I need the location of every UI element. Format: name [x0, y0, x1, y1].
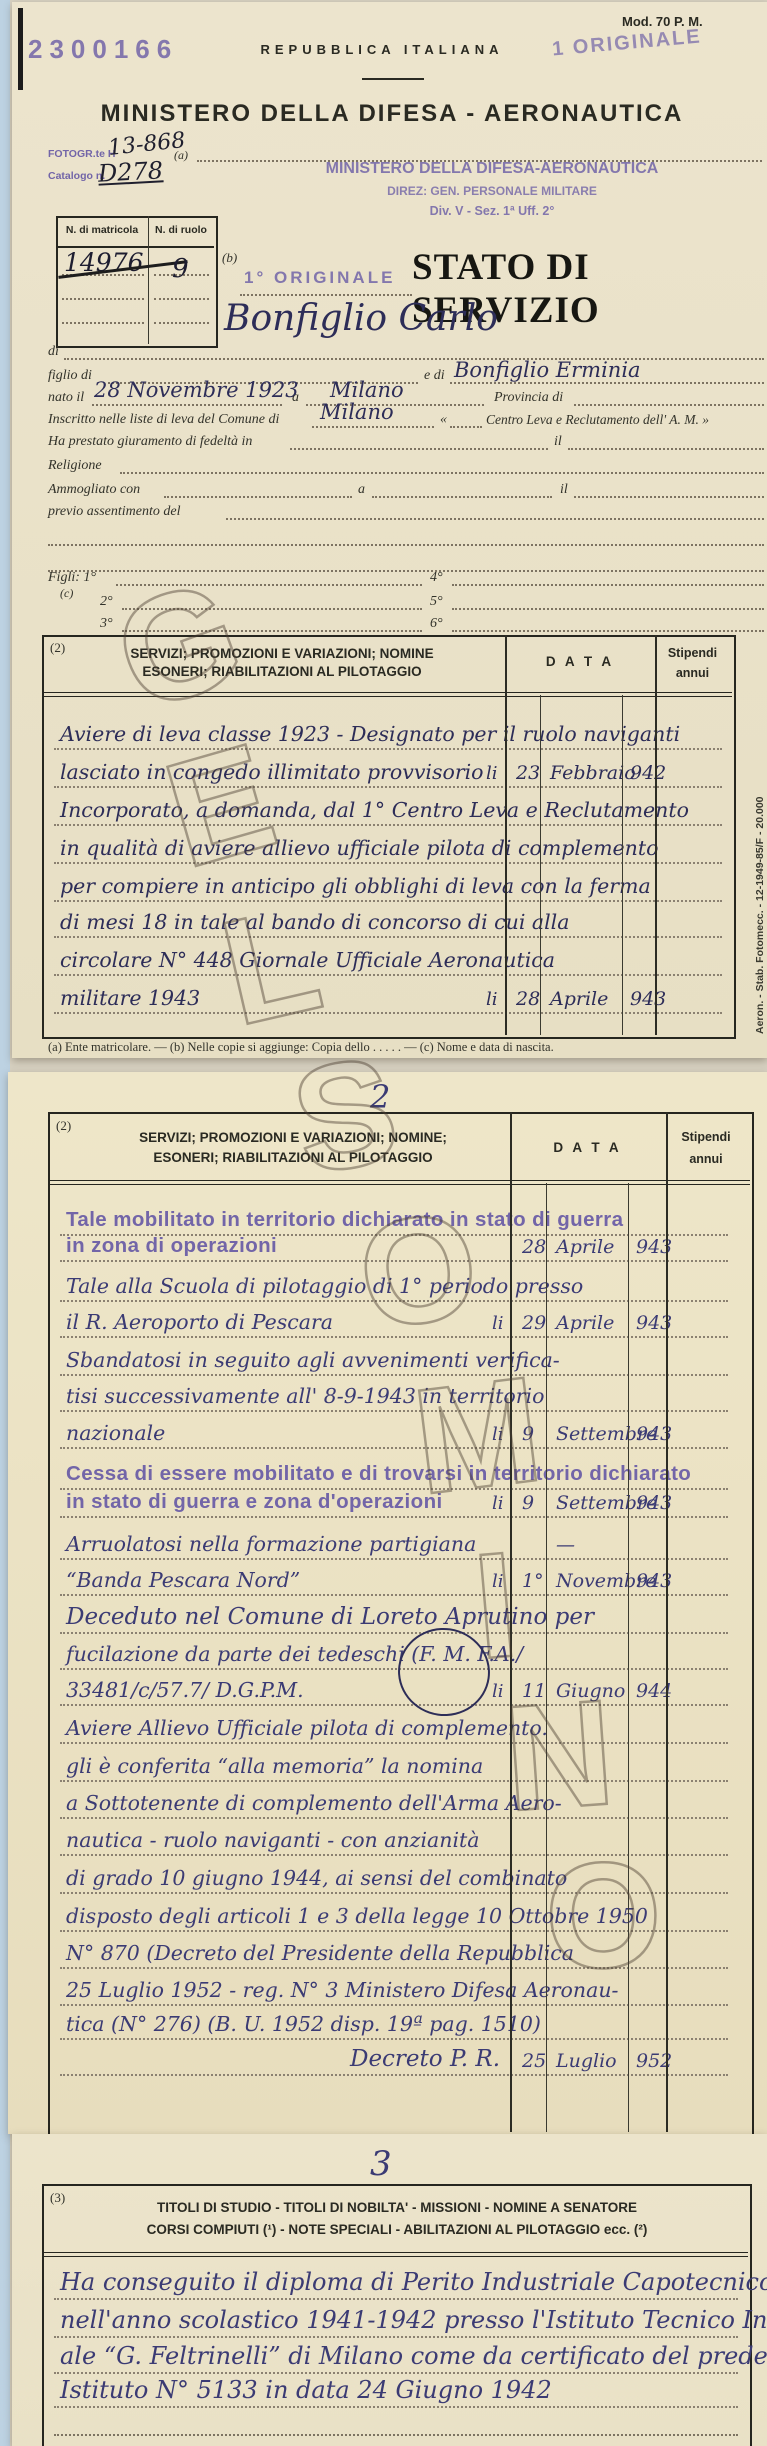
- entry-day: 23: [516, 762, 540, 784]
- matricola-col2-header: N. di ruolo: [150, 224, 212, 236]
- entry-day: 1°: [522, 1570, 544, 1592]
- section-2-label: (2): [50, 640, 65, 656]
- a-label: a: [292, 390, 299, 406]
- stamp-entry-text: in zona di operazioni: [66, 1234, 277, 1258]
- figli-label: Figli: 1°: [48, 570, 96, 586]
- entry-day: 29: [522, 1312, 546, 1334]
- entry-day: 25: [522, 2050, 546, 2072]
- entry-text: “Banda Pescara Nord”: [66, 1568, 300, 1592]
- birth-date: 28 Novembre 1923: [94, 378, 299, 402]
- entry-text: per compiere in anticipo gli obblighi di…: [60, 874, 651, 898]
- service-header-line1-p2: SERVIZI; PROMOZIONI E VARIAZIONI; NOMINE…: [78, 1130, 508, 1145]
- watermark-letter: N: [500, 1676, 619, 1833]
- centro-leva-label: Centro Leva e Reclutamento dell' A. M. »: [486, 412, 709, 428]
- entry-text: il R. Aeroporto di Pescara: [66, 1310, 333, 1334]
- data-header-p1: D A T A: [505, 654, 655, 669]
- stipendi-header1-p2: Stipendi: [666, 1130, 746, 1144]
- ammogliato-label: Ammogliato con: [48, 482, 140, 498]
- giuramento-label: Ha prestato giuramento di fedeltà in: [48, 434, 252, 450]
- provincia-label: Provincia di: [494, 390, 563, 406]
- entry-text: in qualità di aviere allievo ufficiale p…: [60, 836, 658, 860]
- entry-text: militare 1943: [60, 986, 200, 1010]
- quote-open: «: [440, 412, 447, 428]
- entry-text: gli è conferita “alla memoria” la nomina: [66, 1754, 483, 1778]
- entry-text: a Sottotenente di complemento dell'Arma …: [66, 1791, 562, 1815]
- printer-imprint: Aeron. - Stab. Fotomecc. - 12-1949-85/F …: [754, 796, 766, 1034]
- entry-text: ale “G. Feltrinelli” di Milano come da c…: [60, 2342, 767, 2370]
- note-a: (a): [174, 148, 188, 163]
- watermark-letter: M: [406, 1353, 548, 1517]
- entry-li: li: [486, 989, 498, 1010]
- entry-text: lasciato in congedo illimitato provvisor…: [60, 760, 484, 784]
- fotogr-label: FOTOGR.te H: [48, 148, 115, 160]
- entry-year: 942: [630, 762, 666, 784]
- watermark-letter: O: [349, 1187, 488, 1353]
- religione-label: Religione: [48, 458, 102, 474]
- stipendi-header2-p2: annui: [666, 1152, 746, 1166]
- di-label: di: [48, 344, 59, 360]
- ministero-heading: MINISTERO DELLA DIFESA - AERONAUTICA: [52, 100, 732, 128]
- office-stamp-line2: DIREZ: GEN. PERSONALE MILITARE: [222, 184, 762, 198]
- mother-name: Bonfiglio Erminia: [454, 358, 641, 382]
- page-3: 3 (3) TITOLI DI STUDIO - TITOLI DI NOBIL…: [12, 2134, 767, 2446]
- note-c: (c): [60, 586, 73, 601]
- entry-text: Ha conseguito il diploma di Perito Indus…: [60, 2268, 767, 2296]
- stipendi-header2-p1: annui: [655, 666, 730, 680]
- page-1: 2300166 REPUBBLICA ITALIANA Mod. 70 P. M…: [12, 2, 767, 1058]
- birth-place: Milano: [330, 378, 404, 402]
- repubblica-italiana-heading: REPUBBLICA ITALIANA: [172, 42, 592, 57]
- sub-divider: [622, 695, 623, 1035]
- scanned-service-record: 2300166 REPUBBLICA ITALIANA Mod. 70 P. M…: [0, 0, 767, 2446]
- entry-text: Incorporato, a domanda, dal 1° Centro Le…: [60, 798, 689, 822]
- catalogo-label: Catalogo n.: [48, 170, 105, 182]
- serial-number-stamp: 2300166: [28, 34, 178, 65]
- matricola-divider: [148, 216, 149, 344]
- entry-text: nell'anno scolastico 1941-1942 presso l'…: [60, 2306, 767, 2334]
- entry-text: Arruolatosi nella formazione partigiana: [66, 1532, 476, 1556]
- figli-6-label: 6°: [430, 616, 443, 632]
- entry-month: Aprile: [556, 1312, 614, 1334]
- entry-text: tica (N° 276) (B. U. 1952 disp. 19ª pag.…: [66, 2012, 541, 2036]
- entry-text: Istituto N° 5133 in data 24 Giugno 1942: [60, 2376, 552, 2404]
- holder-name: Bonfiglio Carlo: [224, 298, 498, 339]
- heading-rule: [362, 78, 424, 80]
- entry-dash: —: [556, 1534, 575, 1556]
- stamp-entry-text: in stato di guerra e zona d'operazioni: [66, 1490, 443, 1514]
- a-label-2: a: [358, 482, 365, 498]
- section-2-label: (2): [56, 1118, 71, 1134]
- entry-text: N° 870 (Decreto del Presidente della Rep…: [66, 1941, 574, 1965]
- sub-divider: [540, 695, 541, 1035]
- leva-place: Milano: [320, 400, 394, 424]
- note-b: (b): [222, 250, 237, 266]
- previo-label: previo assentimento del: [48, 504, 180, 520]
- entry-text: di mesi 18 in tale al bando di concorso …: [60, 910, 569, 934]
- titles-double-rule: [42, 2252, 748, 2257]
- col-divider: [655, 635, 657, 1035]
- entry-text: 25 Luglio 1952 - reg. N° 3 Ministero Dif…: [66, 1978, 618, 2002]
- entry-li: li: [492, 1313, 504, 1334]
- entry-day: 28: [522, 1236, 546, 1258]
- col-divider: [505, 635, 507, 1035]
- entry-day: 28: [516, 988, 540, 1010]
- office-stamp-line3: Div. V - Sez. 1ª Uff. 2°: [222, 204, 762, 218]
- entry-year: 943: [630, 988, 666, 1010]
- data-header-p2: D A T A: [510, 1140, 665, 1155]
- matricola-col1-header: N. di matricola: [58, 224, 146, 236]
- entry-month: Aprile: [550, 988, 608, 1010]
- stipendi-header1-p1: Stipendi: [655, 646, 730, 660]
- il-label-1: il: [554, 434, 562, 450]
- figli-4-label: 4°: [430, 570, 443, 586]
- figlio-di-label: figlio di: [48, 368, 92, 384]
- entry-text: Decreto P. R.: [350, 2046, 500, 2072]
- page-number-3: 3: [370, 2144, 392, 2184]
- entry-li: li: [486, 763, 498, 784]
- figli-5-label: 5°: [430, 594, 443, 610]
- ruolo-value: 9: [172, 254, 189, 284]
- il-label-2: il: [560, 482, 568, 498]
- nato-il-label: nato il: [48, 390, 84, 406]
- watermark-letter: O: [542, 1838, 664, 1992]
- entry-month: Luglio: [556, 2050, 617, 2072]
- originale-top-stamp: 1 ORIGINALE: [551, 26, 702, 62]
- titles-header-line2: CORSI COMPIUTI (¹) - NOTE SPECIALI - ABI…: [72, 2222, 722, 2237]
- office-stamp-line1: MINISTERO DELLA DIFESA-AERONAUTICA: [222, 160, 762, 178]
- entry-text: Aviere Allievo Ufficiale pilota di compl…: [66, 1716, 548, 1740]
- entry-text: Tale alla Scuola di pilotaggio di 1° per…: [66, 1274, 583, 1298]
- entry-month: Aprile: [556, 1236, 614, 1258]
- catalogo-value: D278: [97, 156, 163, 187]
- entry-text: nazionale: [66, 1421, 165, 1445]
- registration-mark: [18, 8, 23, 90]
- originale-stamp: 1° ORIGINALE: [244, 268, 395, 288]
- leva-label: Inscritto nelle liste di leva del Comune…: [48, 412, 279, 428]
- entry-text: 33481/c/57.7/ D.G.P.M.: [66, 1678, 304, 1702]
- section-3-label: (3): [50, 2190, 65, 2206]
- titles-header-line1: TITOLI DI STUDIO - TITOLI DI NOBILTA' - …: [72, 2200, 722, 2215]
- entry-text: nautica - ruolo naviganti - con anzianit…: [66, 1828, 479, 1852]
- col-divider: [666, 1112, 668, 2132]
- entry-text: di grado 10 giugno 1944, ai sensi del co…: [66, 1866, 567, 1890]
- service-header-line2-p2: ESONERI; RIABILITAZIONI AL PILOTAGGIO: [78, 1150, 508, 1165]
- e-di-label: e di: [424, 368, 445, 384]
